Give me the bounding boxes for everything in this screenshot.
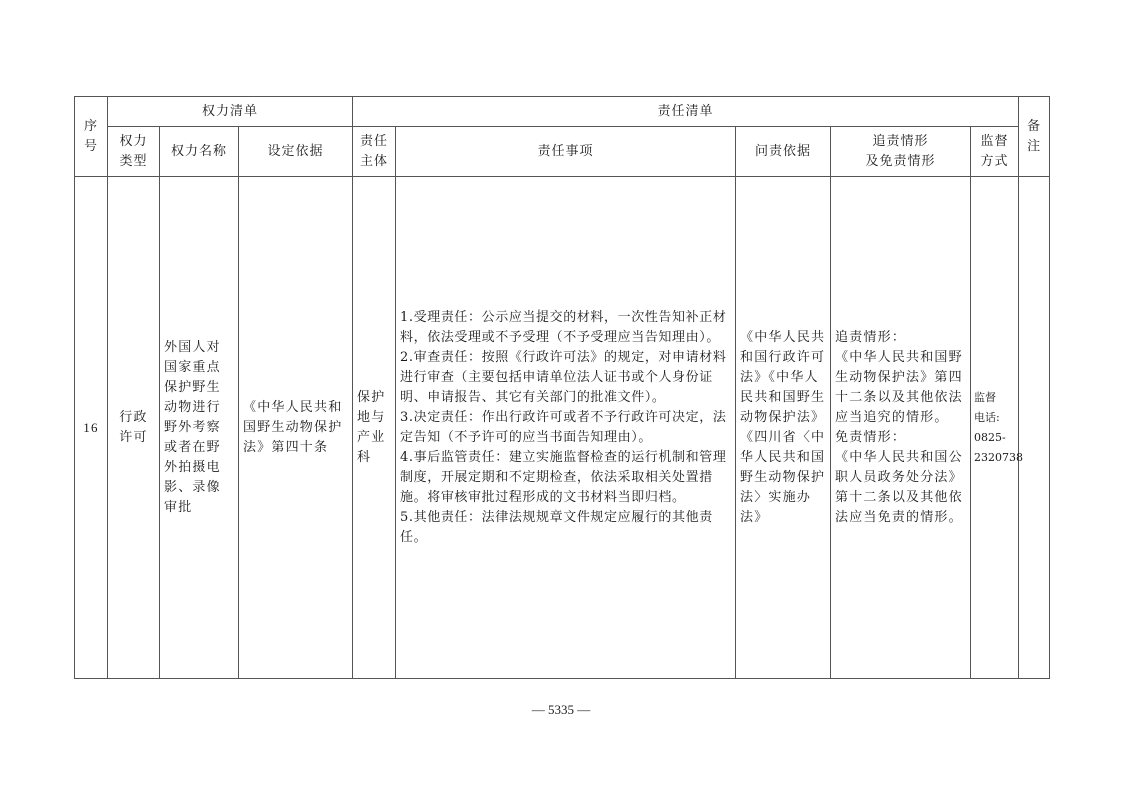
header-responsibility-items: 责任事项 bbox=[396, 127, 736, 177]
header-power-type: 权力 类型 bbox=[108, 127, 160, 177]
supervision-phone: 监督 电话: 0825- 2320738 bbox=[974, 391, 1023, 464]
page-number: — 5335 — bbox=[0, 702, 1122, 718]
header-seq-label: 序 号 bbox=[84, 119, 98, 154]
header-power-list: 权力清单 bbox=[108, 97, 353, 127]
header-responsible-body: 责任 主体 bbox=[353, 127, 396, 177]
pursuit-label: 追责情形： bbox=[835, 328, 966, 348]
header-remark-label: 备 注 bbox=[1027, 119, 1041, 154]
header-seq: 序 号 bbox=[75, 97, 108, 177]
header-power-type-label: 权力 类型 bbox=[119, 134, 147, 169]
row-accountability-basis: 《中华人民共和国行政许可法》《中华人民共和国野生动物保护法》《四川省〈中华人民共… bbox=[736, 177, 831, 679]
row-power-name: 外国人对国家重点保护野生动物进行野外考察或者在野外拍摄电影、录像审批 bbox=[160, 177, 239, 679]
table-row: 16 行政 许可 外国人对国家重点保护野生动物进行野外考察或者在野外拍摄电影、录… bbox=[75, 177, 1050, 679]
header-supervision-method: 监督 方式 bbox=[971, 127, 1019, 177]
header-supervision-method-label: 监督 方式 bbox=[981, 134, 1009, 169]
row-responsibility-items: 1.受理责任：公示应当提交的材料，一次性告知补正材料，依法受理或不予受理（不予受… bbox=[396, 177, 736, 679]
header-row-groups: 序 号 权力清单 责任清单 备 注 bbox=[75, 97, 1050, 127]
row-remark bbox=[1019, 177, 1050, 679]
power-responsibility-table: 序 号 权力清单 责任清单 备 注 权力 类型 权力名称 设定依据 责任 主体 … bbox=[74, 96, 1050, 679]
exemption-label: 免责情形： bbox=[835, 428, 966, 448]
row-responsible-body: 保护地与产业科 bbox=[353, 177, 396, 679]
row-seq: 16 bbox=[75, 177, 108, 679]
header-accountability-exemption-label: 追责情形 及免责情形 bbox=[866, 134, 936, 169]
row-legal-basis: 《中华人民共和国野生动物保护法》第四十条 bbox=[239, 177, 353, 679]
header-accountability-basis: 问责依据 bbox=[736, 127, 831, 177]
duty-decision: 3.决定责任：作出行政许可或者不予行政许可决定，法定告知（不予许可的应当书面告知… bbox=[400, 408, 731, 448]
header-legal-basis: 设定依据 bbox=[239, 127, 353, 177]
row-power-type-text: 行政 许可 bbox=[119, 410, 147, 445]
duty-post-supervision: 4.事后监管责任：建立实施监督检查的运行机制和管理制度，开展定期和不定期检查，依… bbox=[400, 448, 731, 508]
duty-other: 5.其他责任：法律法规规章文件规定应履行的其他责任。 bbox=[400, 508, 731, 548]
header-responsibility-list: 责任清单 bbox=[353, 97, 1019, 127]
header-remark: 备 注 bbox=[1019, 97, 1050, 177]
duty-acceptance: 1.受理责任：公示应当提交的材料，一次性告知补正材料，依法受理或不予受理（不予受… bbox=[400, 308, 731, 348]
row-accountability-exemption: 追责情形： 《中华人民共和国野生动物保护法》第四十二条以及其他依法应当追究的情形… bbox=[831, 177, 971, 679]
header-row-columns: 权力 类型 权力名称 设定依据 责任 主体 责任事项 问责依据 追责情形 及免责… bbox=[75, 127, 1050, 177]
row-power-type: 行政 许可 bbox=[108, 177, 160, 679]
duty-review: 2.审查责任：按照《行政许可法》的规定，对申请材料进行审查（主要包括申请单位法人… bbox=[400, 348, 731, 408]
header-accountability-exemption: 追责情形 及免责情形 bbox=[831, 127, 971, 177]
row-supervision-method: 监督 电话: 0825- 2320738 bbox=[971, 177, 1019, 679]
header-power-name: 权力名称 bbox=[160, 127, 239, 177]
header-responsible-body-label: 责任 主体 bbox=[360, 134, 388, 169]
exemption-text: 《中华人民共和国公职人员政务处分法》第十二条以及其他依法应当免责的情形。 bbox=[835, 448, 966, 528]
pursuit-text: 《中华人民共和国野生动物保护法》第四十二条以及其他依法应当追究的情形。 bbox=[835, 348, 966, 428]
